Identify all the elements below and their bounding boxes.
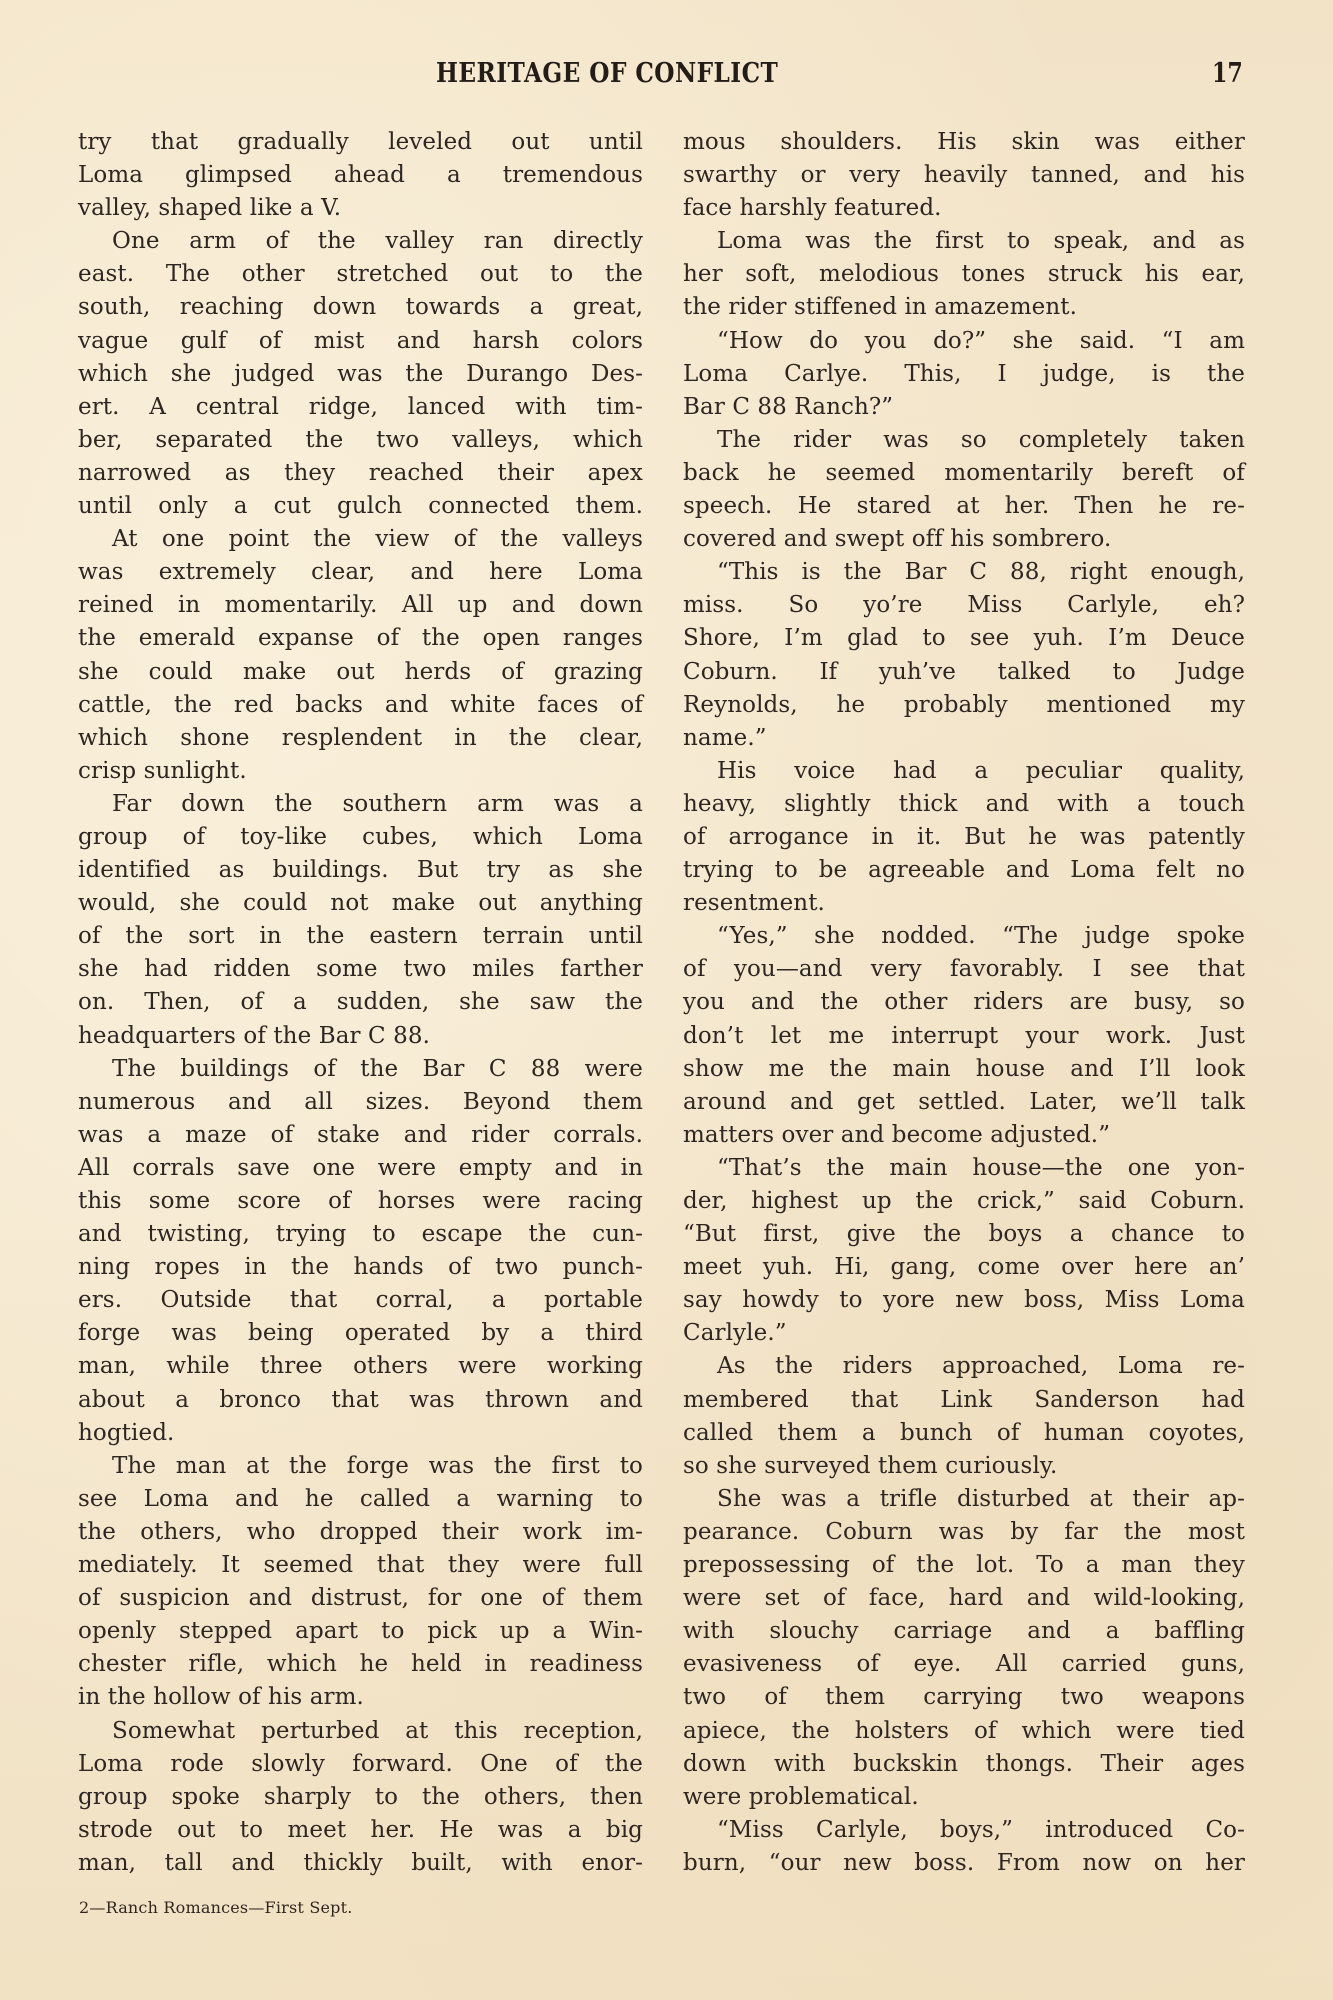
text-line: in the hollow of his arm. <box>78 1681 643 1714</box>
text-line: miss. So yo’re Miss Carlyle, eh? <box>683 589 1245 622</box>
text-line: She was a trifle disturbed at their ap- <box>683 1483 1245 1516</box>
text-line: Loma Carlye. This, I judge, is the <box>683 358 1245 391</box>
text-line: pearance. Coburn was by far the most <box>683 1516 1245 1549</box>
text-line: of the sort in the eastern terrain until <box>78 920 643 953</box>
text-line: face harshly featured. <box>683 192 1245 225</box>
text-line: so she surveyed them curiously. <box>683 1450 1245 1483</box>
text-line: Loma was the first to speak, and as <box>683 225 1245 258</box>
text-line: would, she could not make out anything <box>78 887 643 920</box>
text-line: vague gulf of mist and harsh colors <box>78 325 643 358</box>
text-line: meet yuh. Hi, gang, come over here an’ <box>683 1251 1245 1284</box>
text-line: “Yes,” she nodded. “The judge spoke <box>683 920 1245 953</box>
text-line: south, reaching down towards a great, <box>78 291 643 324</box>
text-line: apiece, the holsters of which were tied <box>683 1715 1245 1748</box>
text-line: around and get settled. Later, we’ll tal… <box>683 1086 1245 1119</box>
text-line: strode out to meet her. He was a big <box>78 1814 643 1847</box>
text-line: two of them carrying two weapons <box>683 1681 1245 1714</box>
text-line: “How do you do?” she said. “I am <box>683 325 1245 358</box>
text-line: The rider was so completely taken <box>683 424 1245 457</box>
text-line: group spoke sharply to the others, then <box>78 1781 643 1814</box>
text-line: Carlyle.” <box>683 1317 1245 1350</box>
text-line: and twisting, trying to escape the cun- <box>78 1218 643 1251</box>
text-line: swarthy or very heavily tanned, and his <box>683 159 1245 192</box>
running-title: HERITAGE OF CONFLICT <box>436 58 778 89</box>
text-line: group of toy-like cubes, which Loma <box>78 821 643 854</box>
text-line: until only a cut gulch connected them. <box>78 490 643 523</box>
text-line: chester rifle, which he held in readines… <box>78 1648 643 1681</box>
text-line: reined in momentarily. All up and down <box>78 589 643 622</box>
text-line: cattle, the red backs and white faces of <box>78 689 643 722</box>
text-line: trying to be agreeable and Loma felt no <box>683 854 1245 887</box>
text-line: of arrogance in it. But he was patently <box>683 821 1245 854</box>
running-head: HERITAGE OF CONFLICT 17 <box>0 58 1333 98</box>
text-line: Shore, I’m glad to see yuh. I’m Deuce <box>683 622 1245 655</box>
text-line: “That’s the main house—the one yon- <box>683 1152 1245 1185</box>
text-line: Somewhat perturbed at this reception, <box>78 1715 643 1748</box>
text-line: At one point the view of the valleys <box>78 523 643 556</box>
text-line: mediately. It seemed that they were full <box>78 1549 643 1582</box>
text-line: All corrals save one were empty and in <box>78 1152 643 1185</box>
text-line: her soft, melodious tones struck his ear… <box>683 258 1245 291</box>
text-column-right: mous shoulders. His skin was eitherswart… <box>683 126 1245 1880</box>
text-line: with slouchy carriage and a baffling <box>683 1615 1245 1648</box>
text-line: narrowed as they reached their apex <box>78 457 643 490</box>
text-line: which she judged was the Durango Des- <box>78 358 643 391</box>
text-line: valley, shaped like a V. <box>78 192 643 225</box>
text-line: show me the main house and I’ll look <box>683 1053 1245 1086</box>
text-line: the emerald expanse of the open ranges <box>78 622 643 655</box>
text-line: openly stepped apart to pick up a Win- <box>78 1615 643 1648</box>
text-line: called them a bunch of human coyotes, <box>683 1417 1245 1450</box>
text-line: you and the other riders are busy, so <box>683 986 1245 1019</box>
text-line: down with buckskin thongs. Their ages <box>683 1748 1245 1781</box>
text-line: The buildings of the Bar C 88 were <box>78 1053 643 1086</box>
text-line: the rider stiffened in amazement. <box>683 291 1245 324</box>
text-line: membered that Link Sanderson had <box>683 1384 1245 1417</box>
text-line: covered and swept off his sombrero. <box>683 523 1245 556</box>
text-line: was a maze of stake and rider corrals. <box>78 1119 643 1152</box>
text-line: burn, “our new boss. From now on her <box>683 1847 1245 1880</box>
text-line: on. Then, of a sudden, she saw the <box>78 986 643 1019</box>
text-line: don’t let me interrupt your work. Just <box>683 1020 1245 1053</box>
text-line: ert. A central ridge, lanced with tim- <box>78 391 643 424</box>
text-line: hogtied. <box>78 1417 643 1450</box>
text-column-left: try that gradually leveled out untilLoma… <box>78 126 643 1880</box>
text-line: Coburn. If yuh’ve talked to Judge <box>683 656 1245 689</box>
text-line: man, while three others were working <box>78 1350 643 1383</box>
text-line: mous shoulders. His skin was either <box>683 126 1245 159</box>
text-line: say howdy to yore new boss, Miss Loma <box>683 1284 1245 1317</box>
text-line: Bar C 88 Ranch?” <box>683 391 1245 424</box>
text-line: prepossessing of the lot. To a man they <box>683 1549 1245 1582</box>
text-line: she had ridden some two miles farther <box>78 953 643 986</box>
page-number: 17 <box>1212 58 1243 89</box>
text-line: were problematical. <box>683 1781 1245 1814</box>
text-line: As the riders approached, Loma re- <box>683 1350 1245 1383</box>
text-line: numerous and all sizes. Beyond them <box>78 1086 643 1119</box>
text-line: crisp sunlight. <box>78 755 643 788</box>
text-line: The man at the forge was the first to <box>78 1450 643 1483</box>
text-line: One arm of the valley ran directly <box>78 225 643 258</box>
text-line: of suspicion and distrust, for one of th… <box>78 1582 643 1615</box>
text-line: east. The other stretched out to the <box>78 258 643 291</box>
text-line: about a bronco that was thrown and <box>78 1384 643 1417</box>
text-line: ber, separated the two valleys, which <box>78 424 643 457</box>
text-line: man, tall and thickly built, with enor- <box>78 1847 643 1880</box>
text-line: “But first, give the boys a chance to <box>683 1218 1245 1251</box>
text-line: resentment. <box>683 887 1245 920</box>
text-line: forge was being operated by a third <box>78 1317 643 1350</box>
text-line: Reynolds, he probably mentioned my <box>683 689 1245 722</box>
text-line: headquarters of the Bar C 88. <box>78 1020 643 1053</box>
text-line: back he seemed momentarily bereft of <box>683 457 1245 490</box>
text-line: of you—and very favorably. I see that <box>683 953 1245 986</box>
text-line: His voice had a peculiar quality, <box>683 755 1245 788</box>
text-line: heavy, slightly thick and with a touch <box>683 788 1245 821</box>
text-line: evasiveness of eye. All carried guns, <box>683 1648 1245 1681</box>
text-line: was extremely clear, and here Loma <box>78 556 643 589</box>
text-line: ning ropes in the hands of two punch- <box>78 1251 643 1284</box>
folio-footer: 2—Ranch Romances—First Sept. <box>79 1898 353 1917</box>
text-line: try that gradually leveled out until <box>78 126 643 159</box>
text-line: ers. Outside that corral, a portable <box>78 1284 643 1317</box>
text-line: Far down the southern arm was a <box>78 788 643 821</box>
text-line: Loma glimpsed ahead a tremendous <box>78 159 643 192</box>
text-line: the others, who dropped their work im- <box>78 1516 643 1549</box>
text-line: “Miss Carlyle, boys,” introduced Co- <box>683 1814 1245 1847</box>
text-line: matters over and become adjusted.” <box>683 1119 1245 1152</box>
text-line: identified as buildings. But try as she <box>78 854 643 887</box>
text-line: which shone resplendent in the clear, <box>78 722 643 755</box>
text-line: speech. He stared at her. Then he re- <box>683 490 1245 523</box>
text-line: der, highest up the crick,” said Coburn. <box>683 1185 1245 1218</box>
text-line: were set of face, hard and wild-looking, <box>683 1582 1245 1615</box>
magazine-page: HERITAGE OF CONFLICT 17 try that gradual… <box>0 0 1333 2000</box>
text-line: name.” <box>683 722 1245 755</box>
text-line: Loma rode slowly forward. One of the <box>78 1748 643 1781</box>
text-line: see Loma and he called a warning to <box>78 1483 643 1516</box>
text-line: “This is the Bar C 88, right enough, <box>683 556 1245 589</box>
text-line: this some score of horses were racing <box>78 1185 643 1218</box>
text-line: she could make out herds of grazing <box>78 656 643 689</box>
